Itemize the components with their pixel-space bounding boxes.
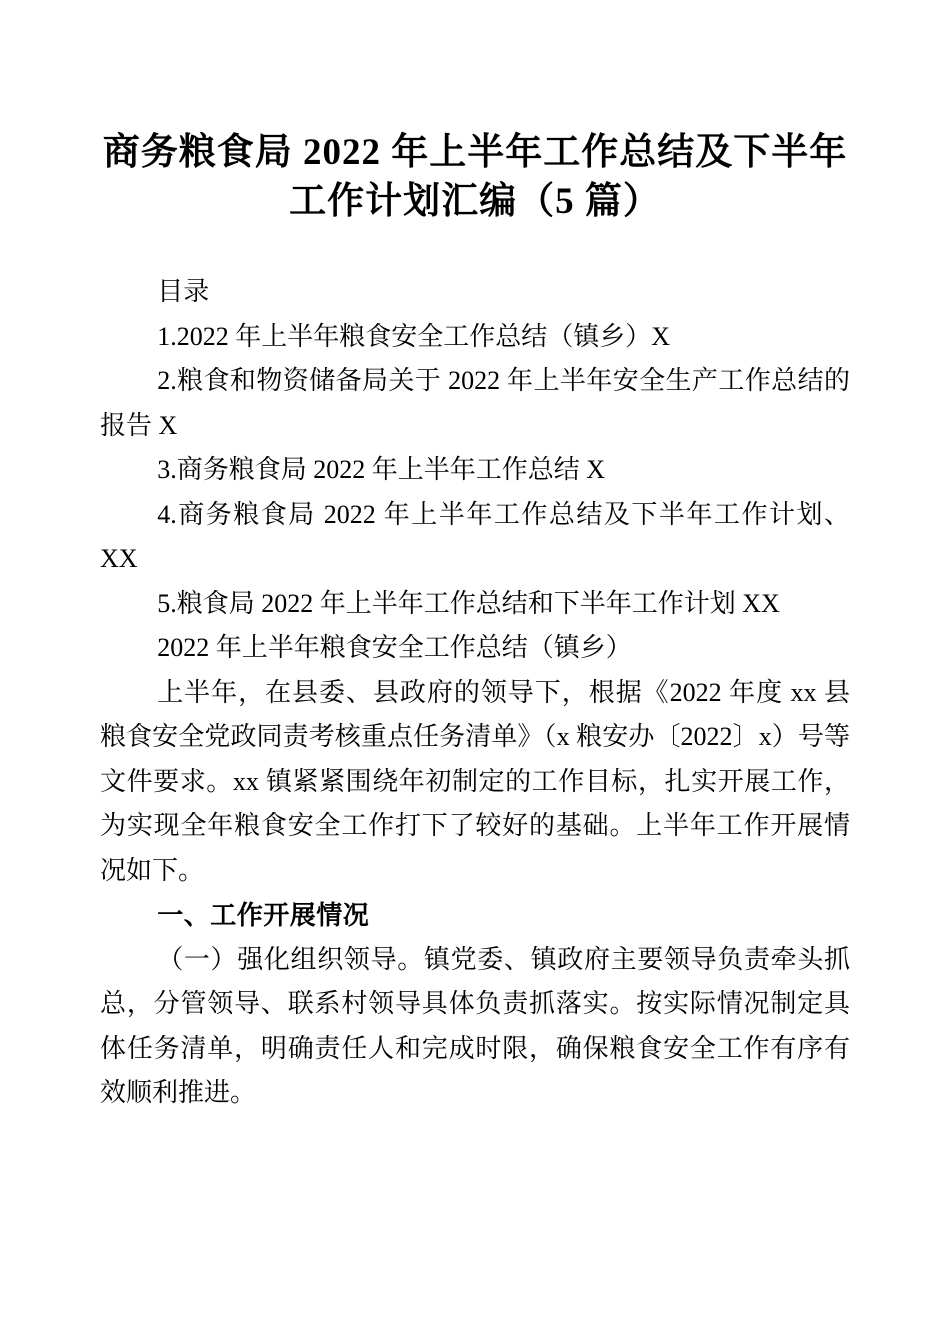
document-sections: 2022 年上半年粮食安全工作总结（镇乡）上半年，在县委、县政府的领导下，根据《… — [100, 626, 850, 1116]
section-heading: 一、工作开展情况 — [100, 893, 850, 938]
document-page: 商务粮食局 2022 年上半年工作总结及下半年工作计划汇编（5 篇） 目录 1.… — [0, 0, 950, 1344]
toc-item-2: 2.粮食和物资储备局关于 2022 年上半年安全生产工作总结的报告 X — [100, 359, 850, 448]
document-title: 商务粮食局 2022 年上半年工作总结及下半年工作计划汇编（5 篇） — [100, 128, 850, 226]
toc-item-4: 4.商务粮食局 2022 年上半年工作总结及下半年工作计划、XX — [100, 493, 850, 582]
document-body: 目录 1.2022 年上半年粮食安全工作总结（镇乡）X2.粮食和物资储备局关于 … — [100, 270, 850, 1116]
toc-item-1: 1.2022 年上半年粮食安全工作总结（镇乡）X — [100, 315, 850, 360]
body-paragraph: （一）强化组织领导。镇党委、镇政府主要领导负责牵头抓总，分管领导、联系村领导具体… — [100, 938, 850, 1116]
toc-list: 1.2022 年上半年粮食安全工作总结（镇乡）X2.粮食和物资储备局关于 202… — [100, 315, 850, 627]
toc-item-3: 3.商务粮食局 2022 年上半年工作总结 X — [100, 448, 850, 493]
toc-item-5: 5.粮食局 2022 年上半年工作总结和下半年工作计划 XX — [100, 582, 850, 627]
toc-heading: 目录 — [100, 270, 850, 315]
body-paragraph: 上半年，在县委、县政府的领导下，根据《2022 年度 xx 县粮食安全党政同责考… — [100, 671, 850, 894]
document-subtitle: 2022 年上半年粮食安全工作总结（镇乡） — [100, 626, 850, 671]
